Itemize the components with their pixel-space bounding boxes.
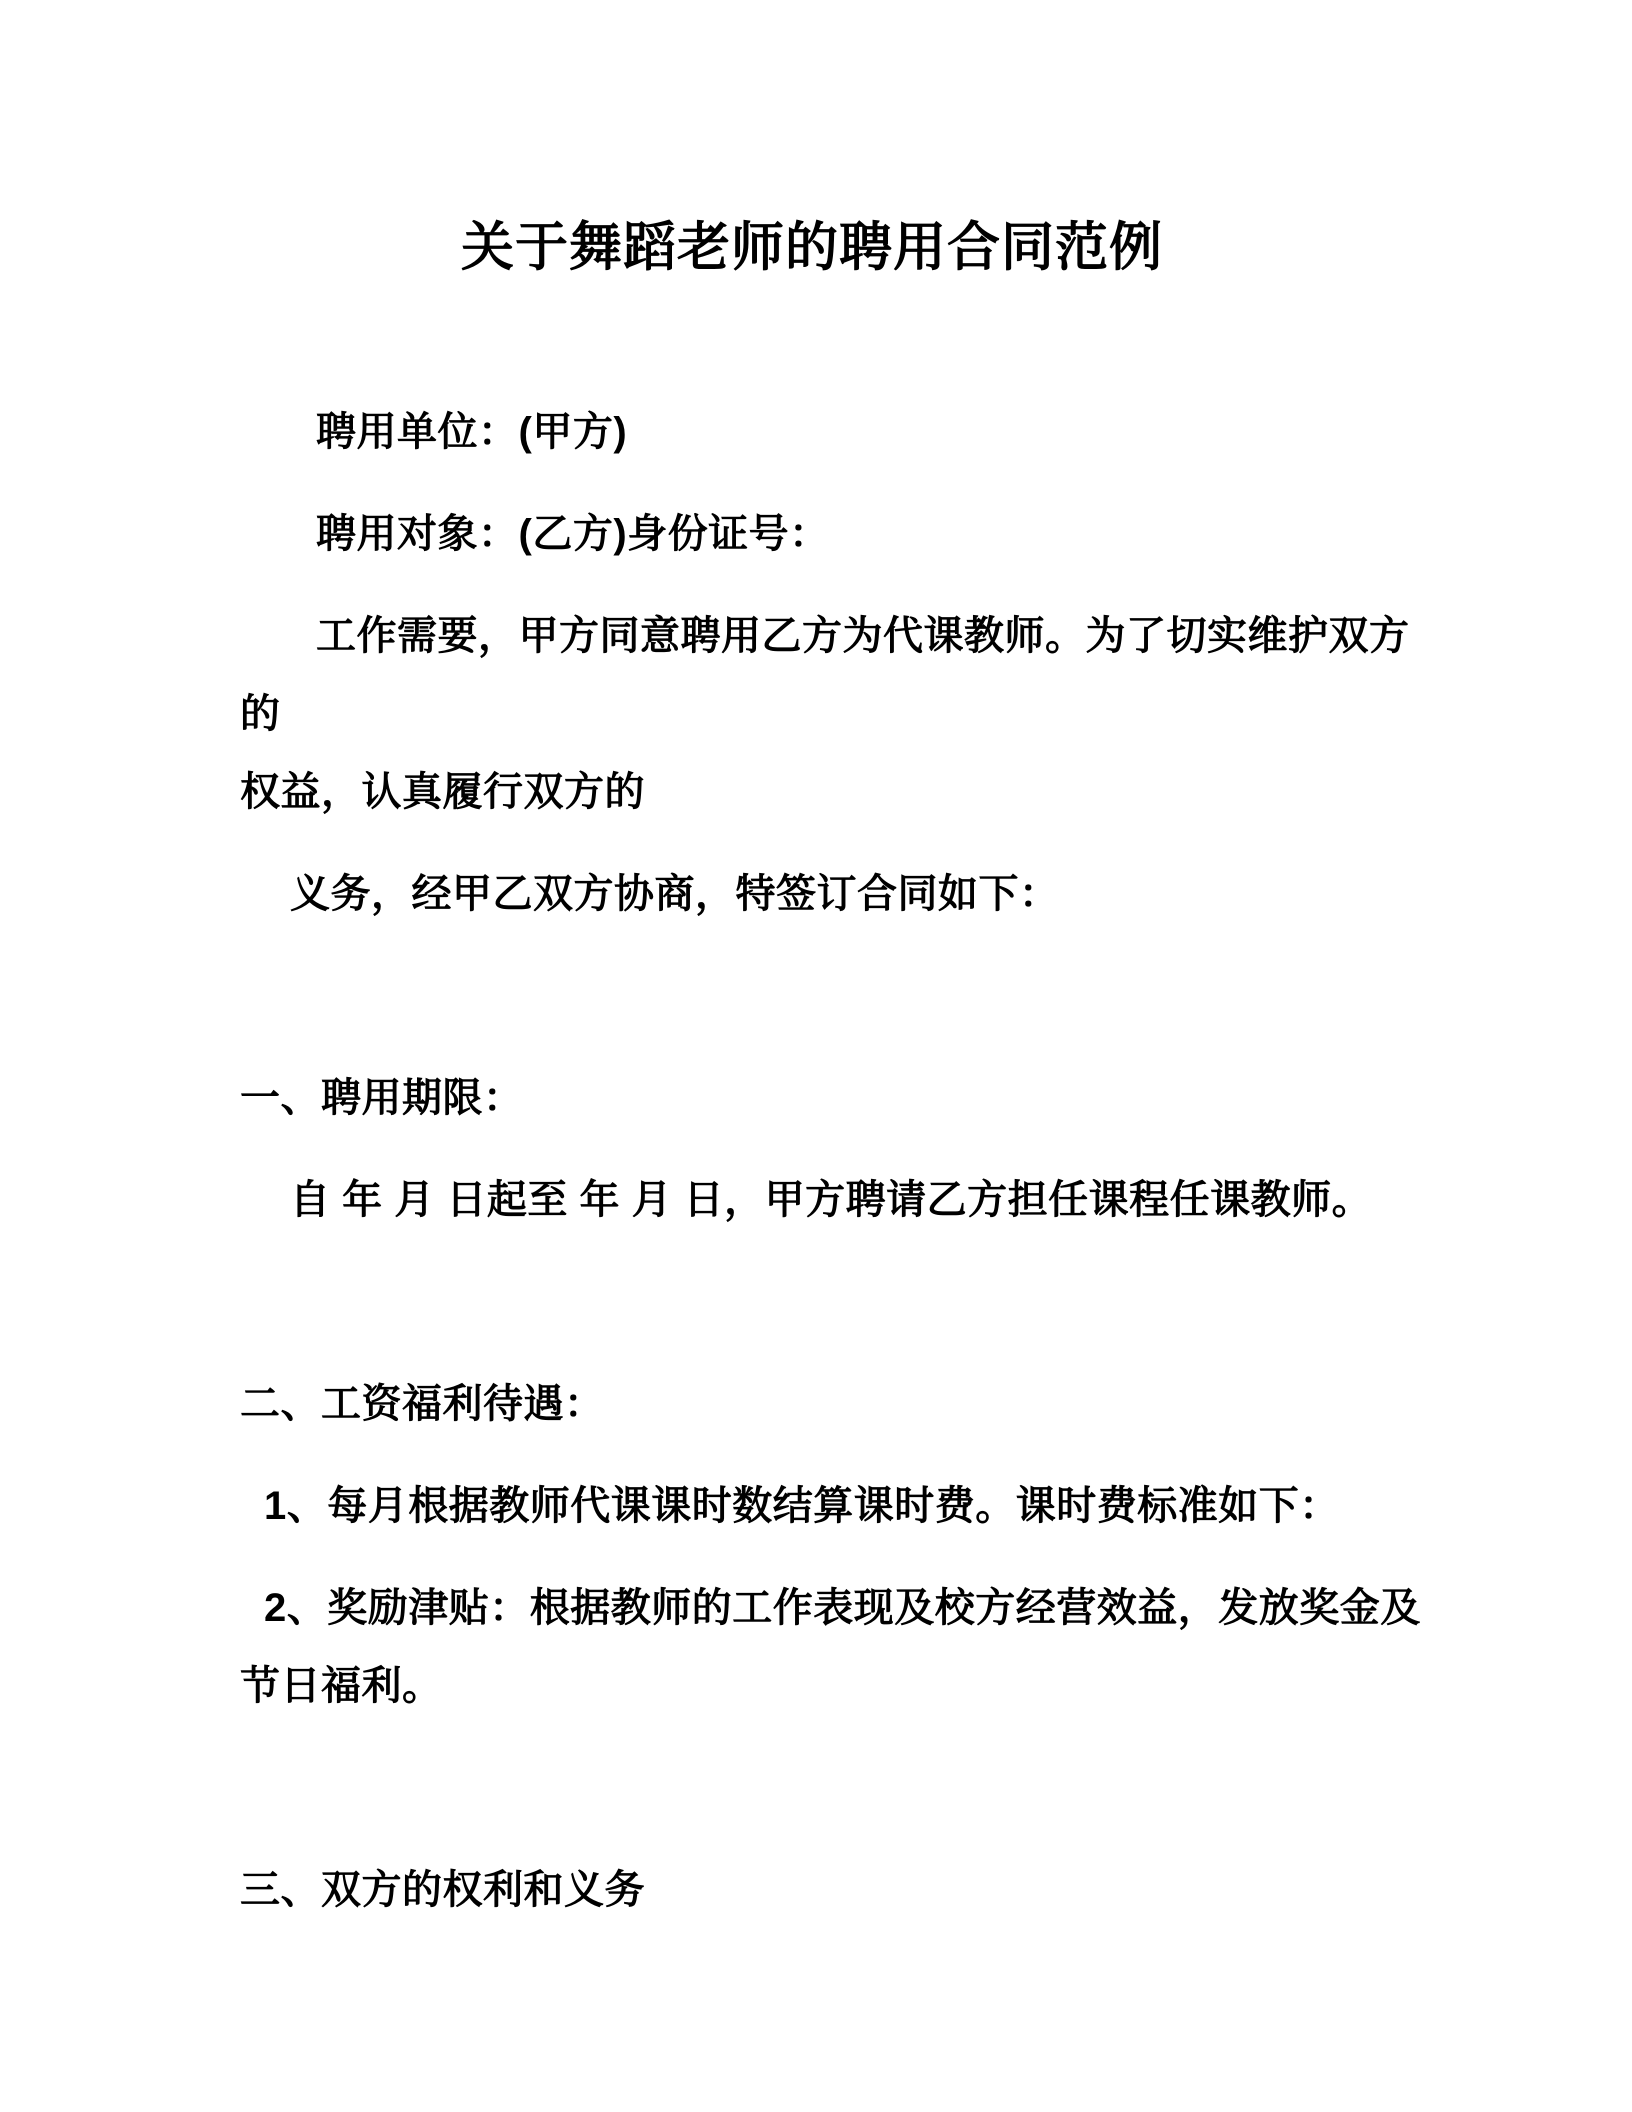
intro-continuation: 义务，经甲乙双方协商，特签订合同如下： <box>240 855 1425 933</box>
employer-line: 聘用单位：(甲方) <box>240 393 1425 471</box>
employee-line: 聘用对象：(乙方)身份证号： <box>240 495 1425 573</box>
section-2-heading: 二、工资福利待遇： <box>240 1365 1425 1443</box>
document-page: 关于舞蹈老师的聘用合同范例 聘用单位：(甲方) 聘用对象：(乙方)身份证号： 工… <box>0 0 1632 2112</box>
section-1-heading: 一、聘用期限： <box>240 1059 1425 1137</box>
document-content: 关于舞蹈老师的聘用合同范例 聘用单位：(甲方) 聘用对象：(乙方)身份证号： 工… <box>240 195 1425 1953</box>
section-2-item-1: 1、每月根据教师代课课时数结算课时费。课时费标准如下： <box>240 1467 1425 1545</box>
intro-paragraph: 工作需要，甲方同意聘用乙方为代课教师。为了切实维护双方的 权益，认真履行双方的 <box>240 597 1425 831</box>
blank-line <box>240 1749 1425 1827</box>
section-3-heading: 三、双方的权利和义务 <box>240 1851 1425 1929</box>
section-2-item-2: 2、奖励津贴：根据教师的工作表现及校方经营效益，发放奖金及 节日福利。 <box>240 1569 1425 1725</box>
blank-line <box>240 957 1425 1035</box>
blank-line <box>240 1263 1425 1341</box>
document-title: 关于舞蹈老师的聘用合同范例 <box>199 195 1425 300</box>
section-1-body: 自 年 月 日起至 年 月 日，甲方聘请乙方担任课程任课教师。 <box>240 1161 1425 1239</box>
